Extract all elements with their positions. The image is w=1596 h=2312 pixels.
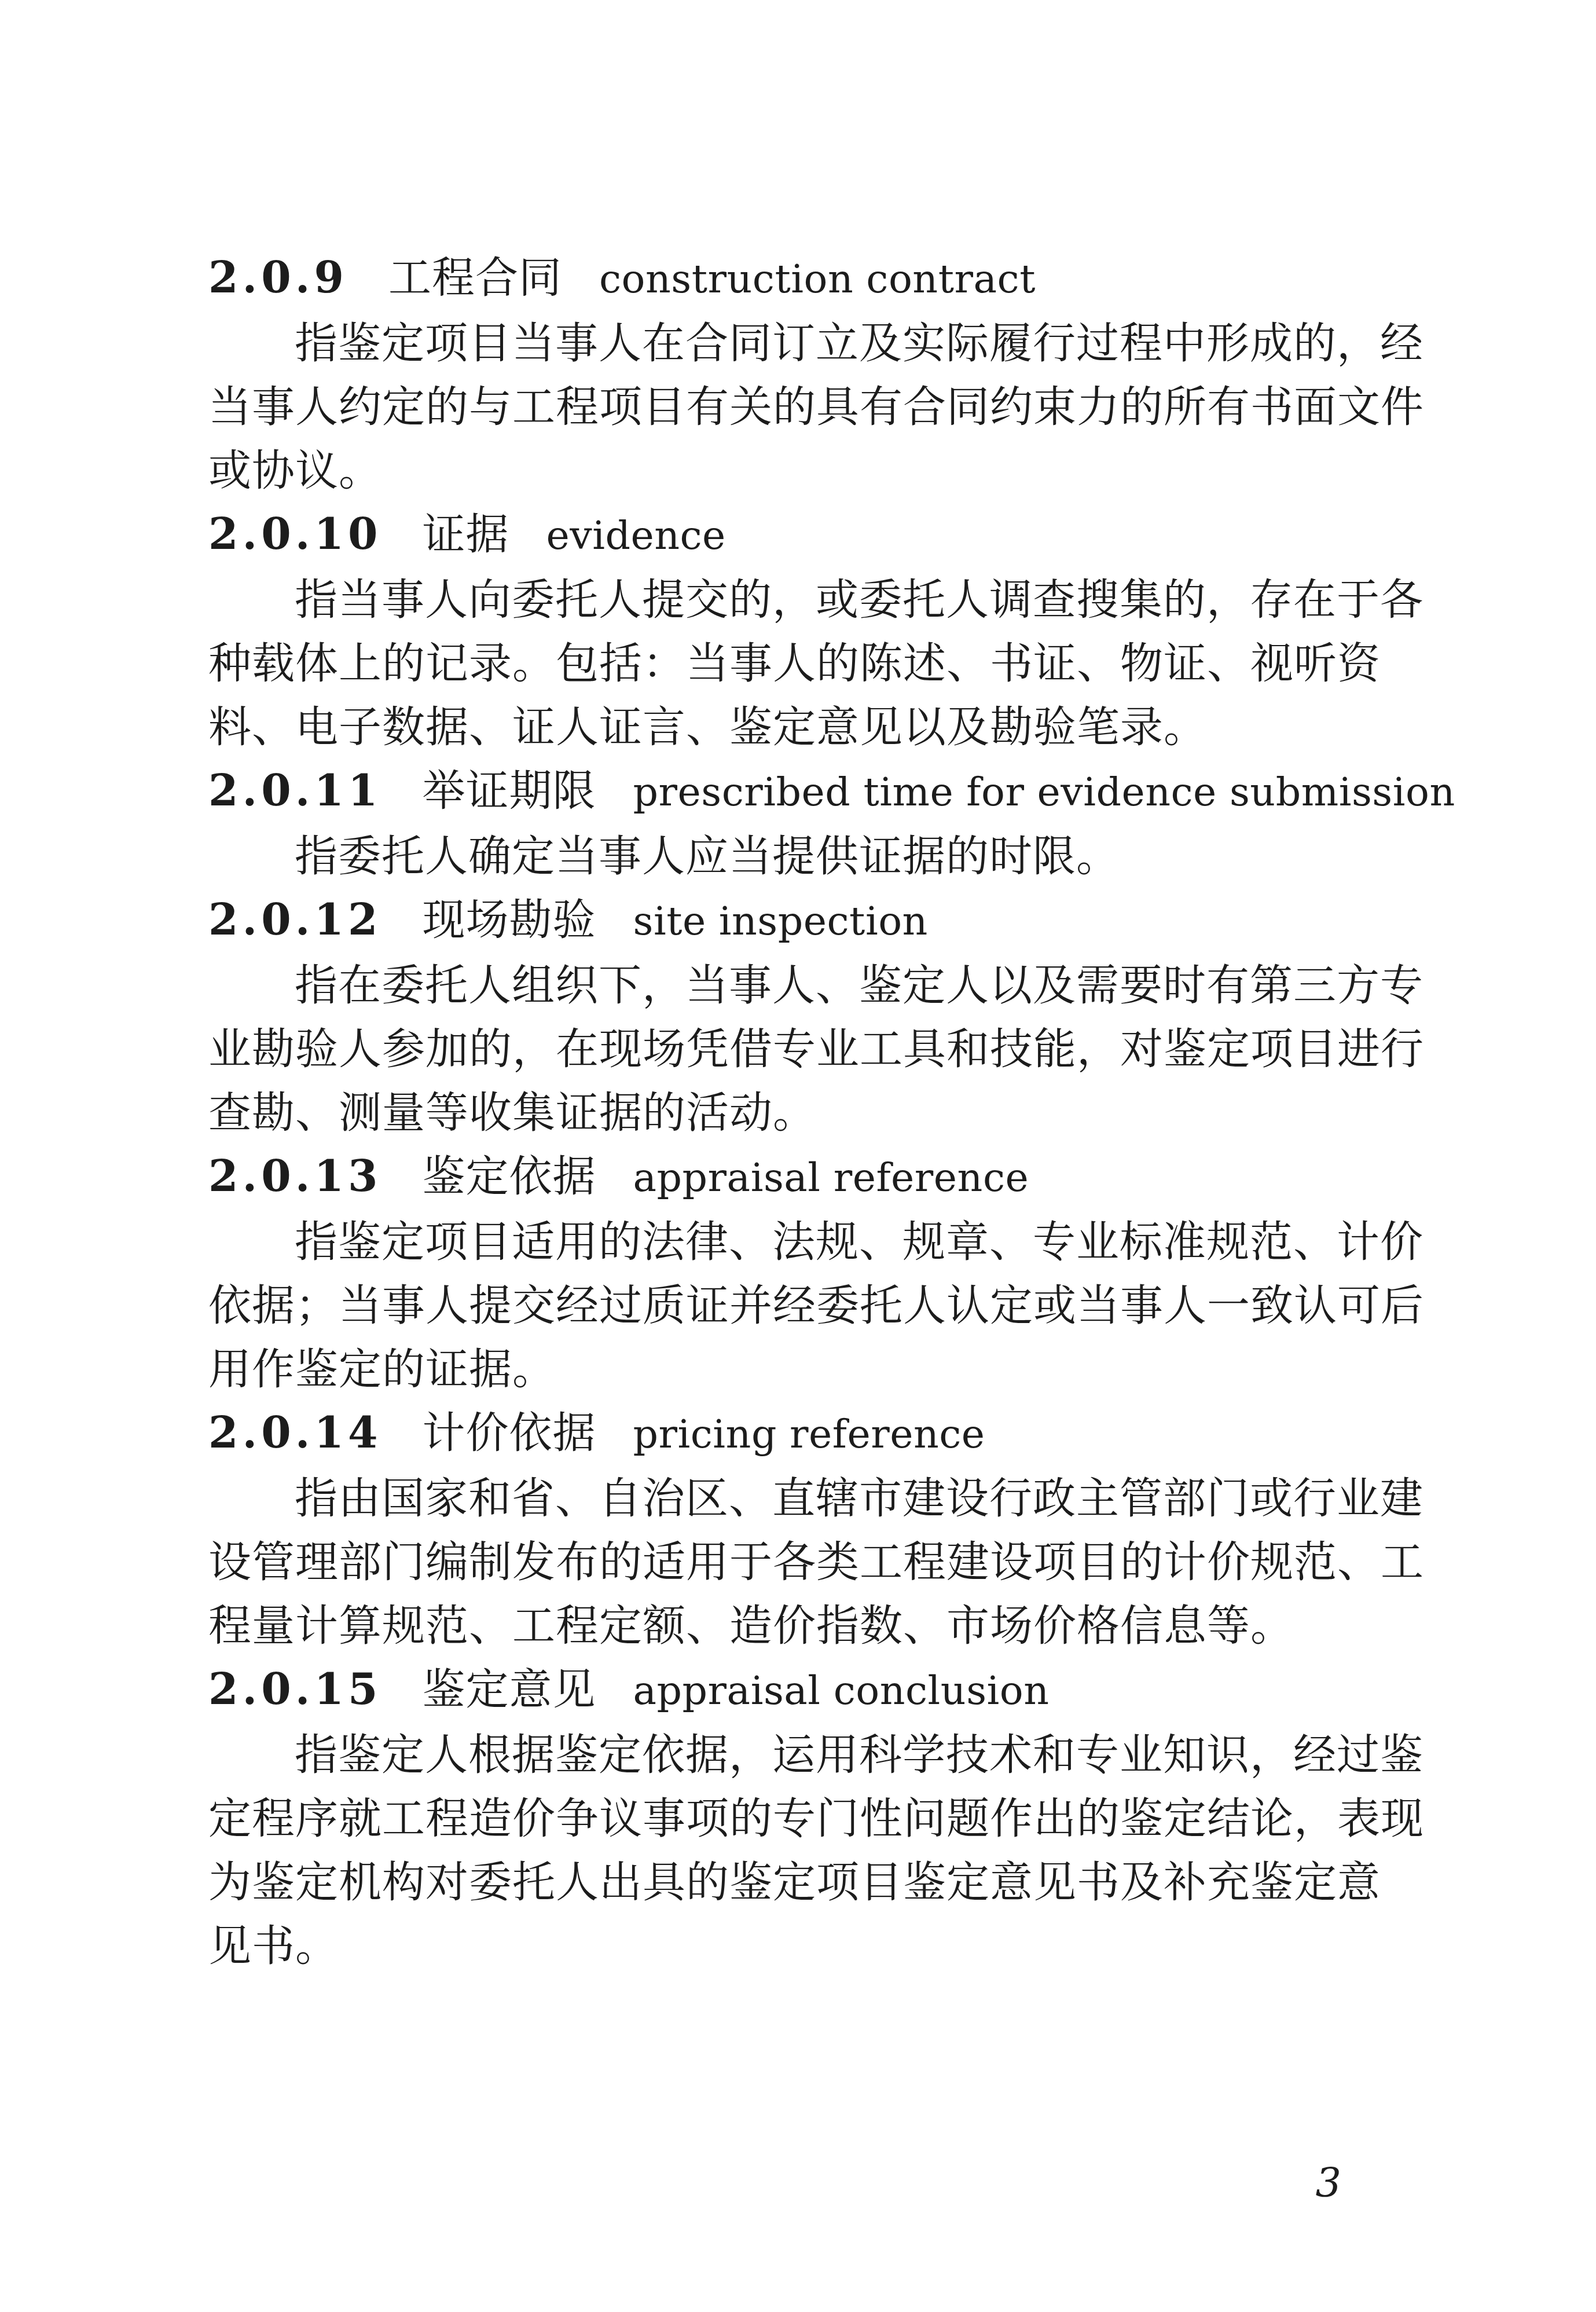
body-line: 定程序就工程造价争议事项的专门性问题作出的鉴定结论，表现: [208, 1787, 1426, 1851]
body-line: 种载体上的记录。包括：当事人的陈述、书证、物证、视听资: [208, 632, 1426, 695]
term-english: site inspection: [633, 899, 927, 944]
section-number: 2.0.13: [208, 1152, 381, 1201]
term-chinese: 鉴定依据: [422, 1152, 596, 1201]
term-chinese: 工程合同: [388, 253, 562, 303]
section-heading: 2.0.10证据evidence: [208, 503, 1426, 568]
section-heading: 2.0.15鉴定意见appraisal conclusion: [208, 1658, 1426, 1723]
section-number: 2.0.9: [208, 253, 348, 303]
section-number: 2.0.15: [208, 1665, 381, 1714]
term-chinese: 现场勘验: [422, 895, 596, 945]
body-line: 指委托人确定当事人应当提供证据的时限。: [208, 825, 1426, 888]
body-line: 或协议。: [208, 439, 1426, 503]
body-line: 业勘验人参加的，在现场凭借专业工具和技能，对鉴定项目进行: [208, 1017, 1426, 1081]
body-line: 指鉴定项目适用的法律、法规、规章、专业标准规范、计价: [208, 1210, 1426, 1274]
term-english: evidence: [546, 513, 725, 559]
body-line: 见书。: [208, 1914, 1426, 1978]
section-2-0-13: 2.0.13鉴定依据appraisal reference 指鉴定项目适用的法律…: [208, 1145, 1426, 1401]
term-english: appraisal conclusion: [633, 1668, 1049, 1714]
body-line: 为鉴定机构对委托人出具的鉴定项目鉴定意见书及补充鉴定意: [208, 1851, 1426, 1914]
body-line: 查勘、测量等收集证据的活动。: [208, 1081, 1426, 1145]
section-heading: 2.0.9工程合同construction contract: [208, 246, 1426, 312]
body-line: 料、电子数据、证人证言、鉴定意见以及勘验笔录。: [208, 695, 1426, 759]
term-english: appraisal reference: [633, 1155, 1029, 1201]
term-chinese: 举证期限: [422, 766, 596, 816]
page-number: 3: [1315, 2160, 1341, 2206]
section-2-0-10: 2.0.10证据evidence 指当事人向委托人提交的，或委托人调查搜集的，存…: [208, 503, 1426, 759]
body-line: 指由国家和省、自治区、直辖市建设行政主管部门或行业建: [208, 1467, 1426, 1530]
section-2-0-9: 2.0.9工程合同construction contract 指鉴定项目当事人在…: [208, 246, 1426, 503]
body-line: 程量计算规范、工程定额、造价指数、市场价格信息等。: [208, 1594, 1426, 1658]
body-line: 依据；当事人提交经过质证并经委托人认定或当事人一致认可后: [208, 1274, 1426, 1338]
definitions-list: 2.0.9工程合同construction contract 指鉴定项目当事人在…: [208, 246, 1426, 1978]
term-chinese: 证据: [422, 510, 509, 559]
section-number: 2.0.10: [208, 510, 381, 559]
section-2-0-15: 2.0.15鉴定意见appraisal conclusion 指鉴定人根据鉴定依…: [208, 1658, 1426, 1978]
term-chinese: 计价依据: [422, 1408, 596, 1458]
term-english: construction contract: [599, 257, 1036, 302]
body-line: 指在委托人组织下，当事人、鉴定人以及需要时有第三方专: [208, 954, 1426, 1017]
term-chinese: 鉴定意见: [422, 1665, 596, 1714]
section-heading: 2.0.11举证期限prescribed time for evidence s…: [208, 759, 1426, 825]
body-line: 设管理部门编制发布的适用于各类工程建设项目的计价规范、工: [208, 1530, 1426, 1594]
body-line: 指鉴定项目当事人在合同订立及实际履行过程中形成的，经: [208, 312, 1426, 375]
section-heading: 2.0.12现场勘验site inspection: [208, 888, 1426, 954]
term-english: pricing reference: [633, 1412, 985, 1457]
section-number: 2.0.11: [208, 766, 381, 816]
section-heading: 2.0.14计价依据pricing reference: [208, 1401, 1426, 1467]
body-line: 当事人约定的与工程项目有关的具有合同约束力的所有书面文件: [208, 375, 1426, 439]
section-number: 2.0.14: [208, 1408, 381, 1458]
term-english: prescribed time for evidence submission: [633, 770, 1455, 815]
document-page: 2.0.9工程合同construction contract 指鉴定项目当事人在…: [0, 0, 1596, 2312]
section-2-0-12: 2.0.12现场勘验site inspection 指在委托人组织下，当事人、鉴…: [208, 888, 1426, 1145]
section-2-0-11: 2.0.11举证期限prescribed time for evidence s…: [208, 759, 1426, 888]
body-line: 用作鉴定的证据。: [208, 1338, 1426, 1401]
body-line: 指当事人向委托人提交的，或委托人调查搜集的，存在于各: [208, 568, 1426, 632]
section-heading: 2.0.13鉴定依据appraisal reference: [208, 1145, 1426, 1210]
section-2-0-14: 2.0.14计价依据pricing reference 指由国家和省、自治区、直…: [208, 1401, 1426, 1658]
body-line: 指鉴定人根据鉴定依据，运用科学技术和专业知识，经过鉴: [208, 1723, 1426, 1787]
section-number: 2.0.12: [208, 895, 381, 945]
